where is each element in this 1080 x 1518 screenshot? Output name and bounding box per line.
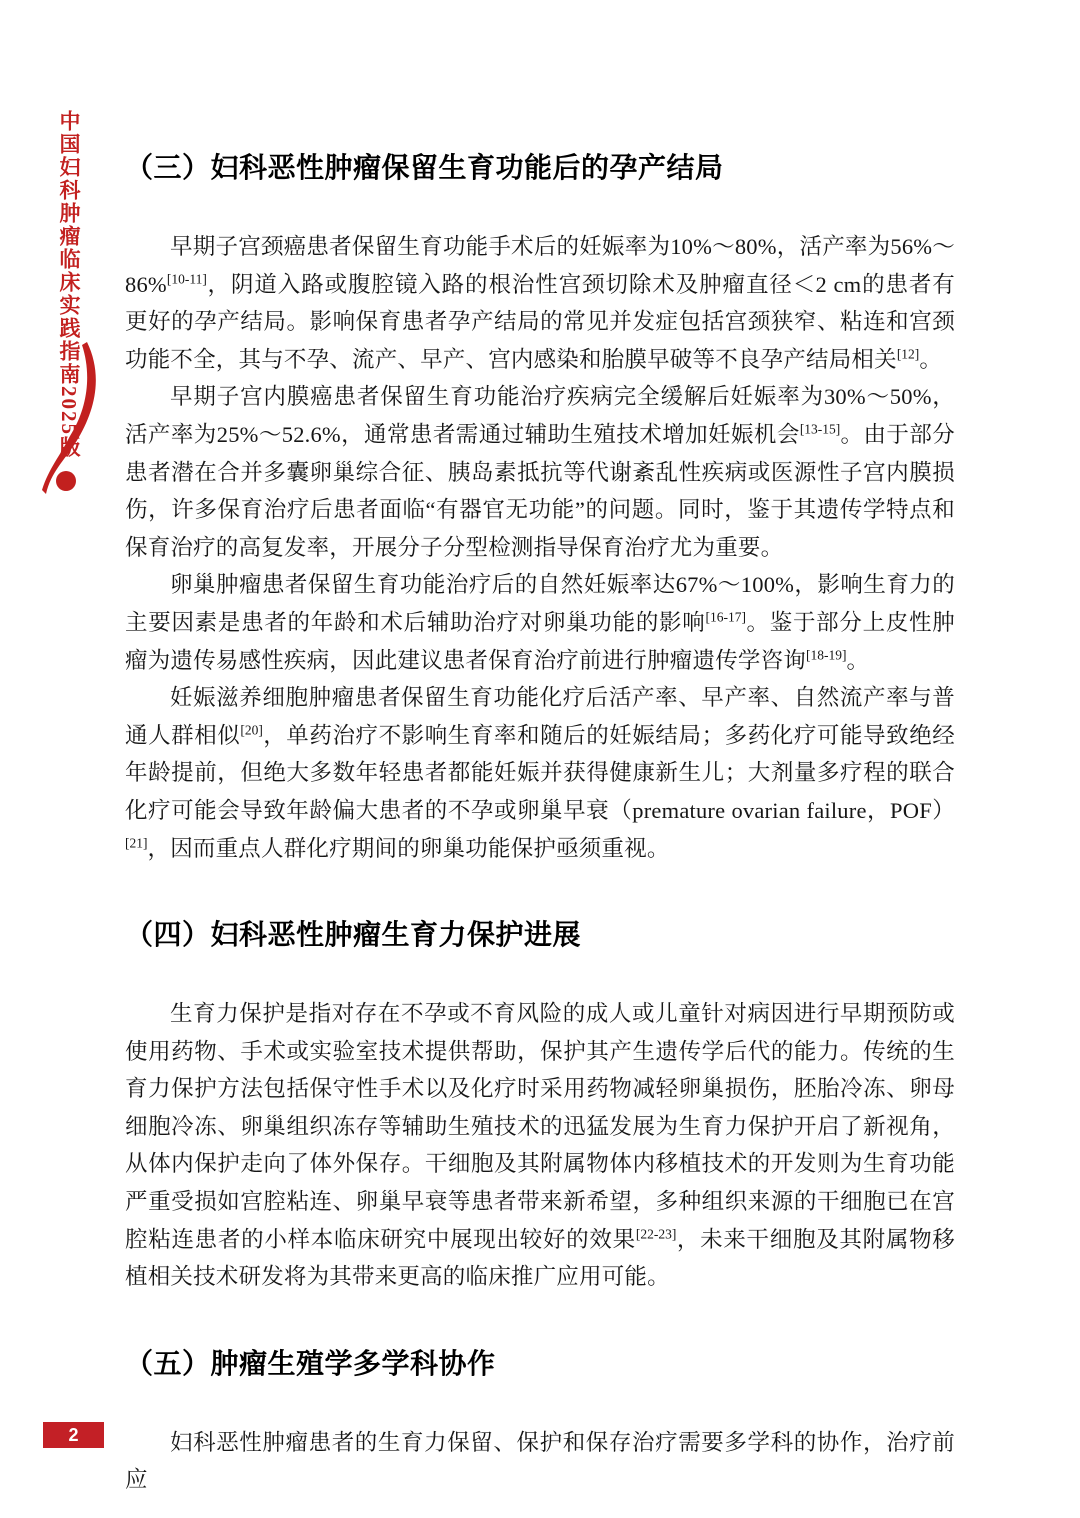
page-number: 2 (68, 1425, 78, 1446)
section-heading-5: （五）肿瘤生殖学多学科协作 (125, 1346, 955, 1382)
section-3-body: 早期子宫颈癌患者保留生育功能手术后的妊娠率为10%～80%，活产率为56%～86… (125, 228, 955, 867)
reference-superscript: [12] (897, 346, 920, 361)
paragraph: 早期子宫颈癌患者保留生育功能手术后的妊娠率为10%～80%，活产率为56%～86… (125, 228, 955, 378)
curve-stroke (42, 342, 96, 494)
reference-superscript: [18-19] (806, 647, 847, 662)
paragraph: 妇科恶性肿瘤患者的生育力保留、保护和保存治疗需要多学科的协作，治疗前应 (125, 1424, 955, 1499)
section-4-body: 生育力保护是指对存在不孕或不育风险的成人或儿童针对病因进行早期预防或使用药物、手… (125, 995, 955, 1296)
page-content: （三）妇科恶性肿瘤保留生育功能后的孕产结局 早期子宫颈癌患者保留生育功能手术后的… (125, 150, 955, 1499)
section-heading-3: （三）妇科恶性肿瘤保留生育功能后的孕产结局 (125, 150, 955, 186)
reference-superscript: [21] (125, 835, 148, 850)
reference-superscript: [20] (240, 722, 263, 737)
reference-superscript: [22-23] (636, 1226, 677, 1241)
page-number-badge: 2 (43, 1422, 104, 1448)
section-5-body: 妇科恶性肿瘤患者的生育力保留、保护和保存治疗需要多学科的协作，治疗前应 (125, 1424, 955, 1499)
decorative-dot (56, 471, 76, 491)
paragraph: 早期子宫内膜癌患者保留生育功能治疗疾病完全缓解后妊娠率为30%～50%，活产率为… (125, 378, 955, 566)
paragraph: 妊娠滋养细胞肿瘤患者保留生育功能化疗后活产率、早产率、自然流产率与普通人群相似[… (125, 679, 955, 867)
section-heading-4: （四）妇科恶性肿瘤生育力保护进展 (125, 917, 955, 953)
decorative-curve (30, 330, 120, 515)
reference-superscript: [16-17] (706, 609, 747, 624)
reference-superscript: [10-11] (167, 271, 207, 286)
reference-superscript: [13-15] (800, 421, 841, 436)
paragraph: 生育力保护是指对存在不孕或不育风险的成人或儿童针对病因进行早期预防或使用药物、手… (125, 995, 955, 1296)
paragraph: 卵巢肿瘤患者保留生育功能治疗后的自然妊娠率达67%～100%，影响生育力的主要因… (125, 566, 955, 679)
sidebar: 中国妇科肿瘤临床实践指南2025版 (0, 0, 120, 1518)
